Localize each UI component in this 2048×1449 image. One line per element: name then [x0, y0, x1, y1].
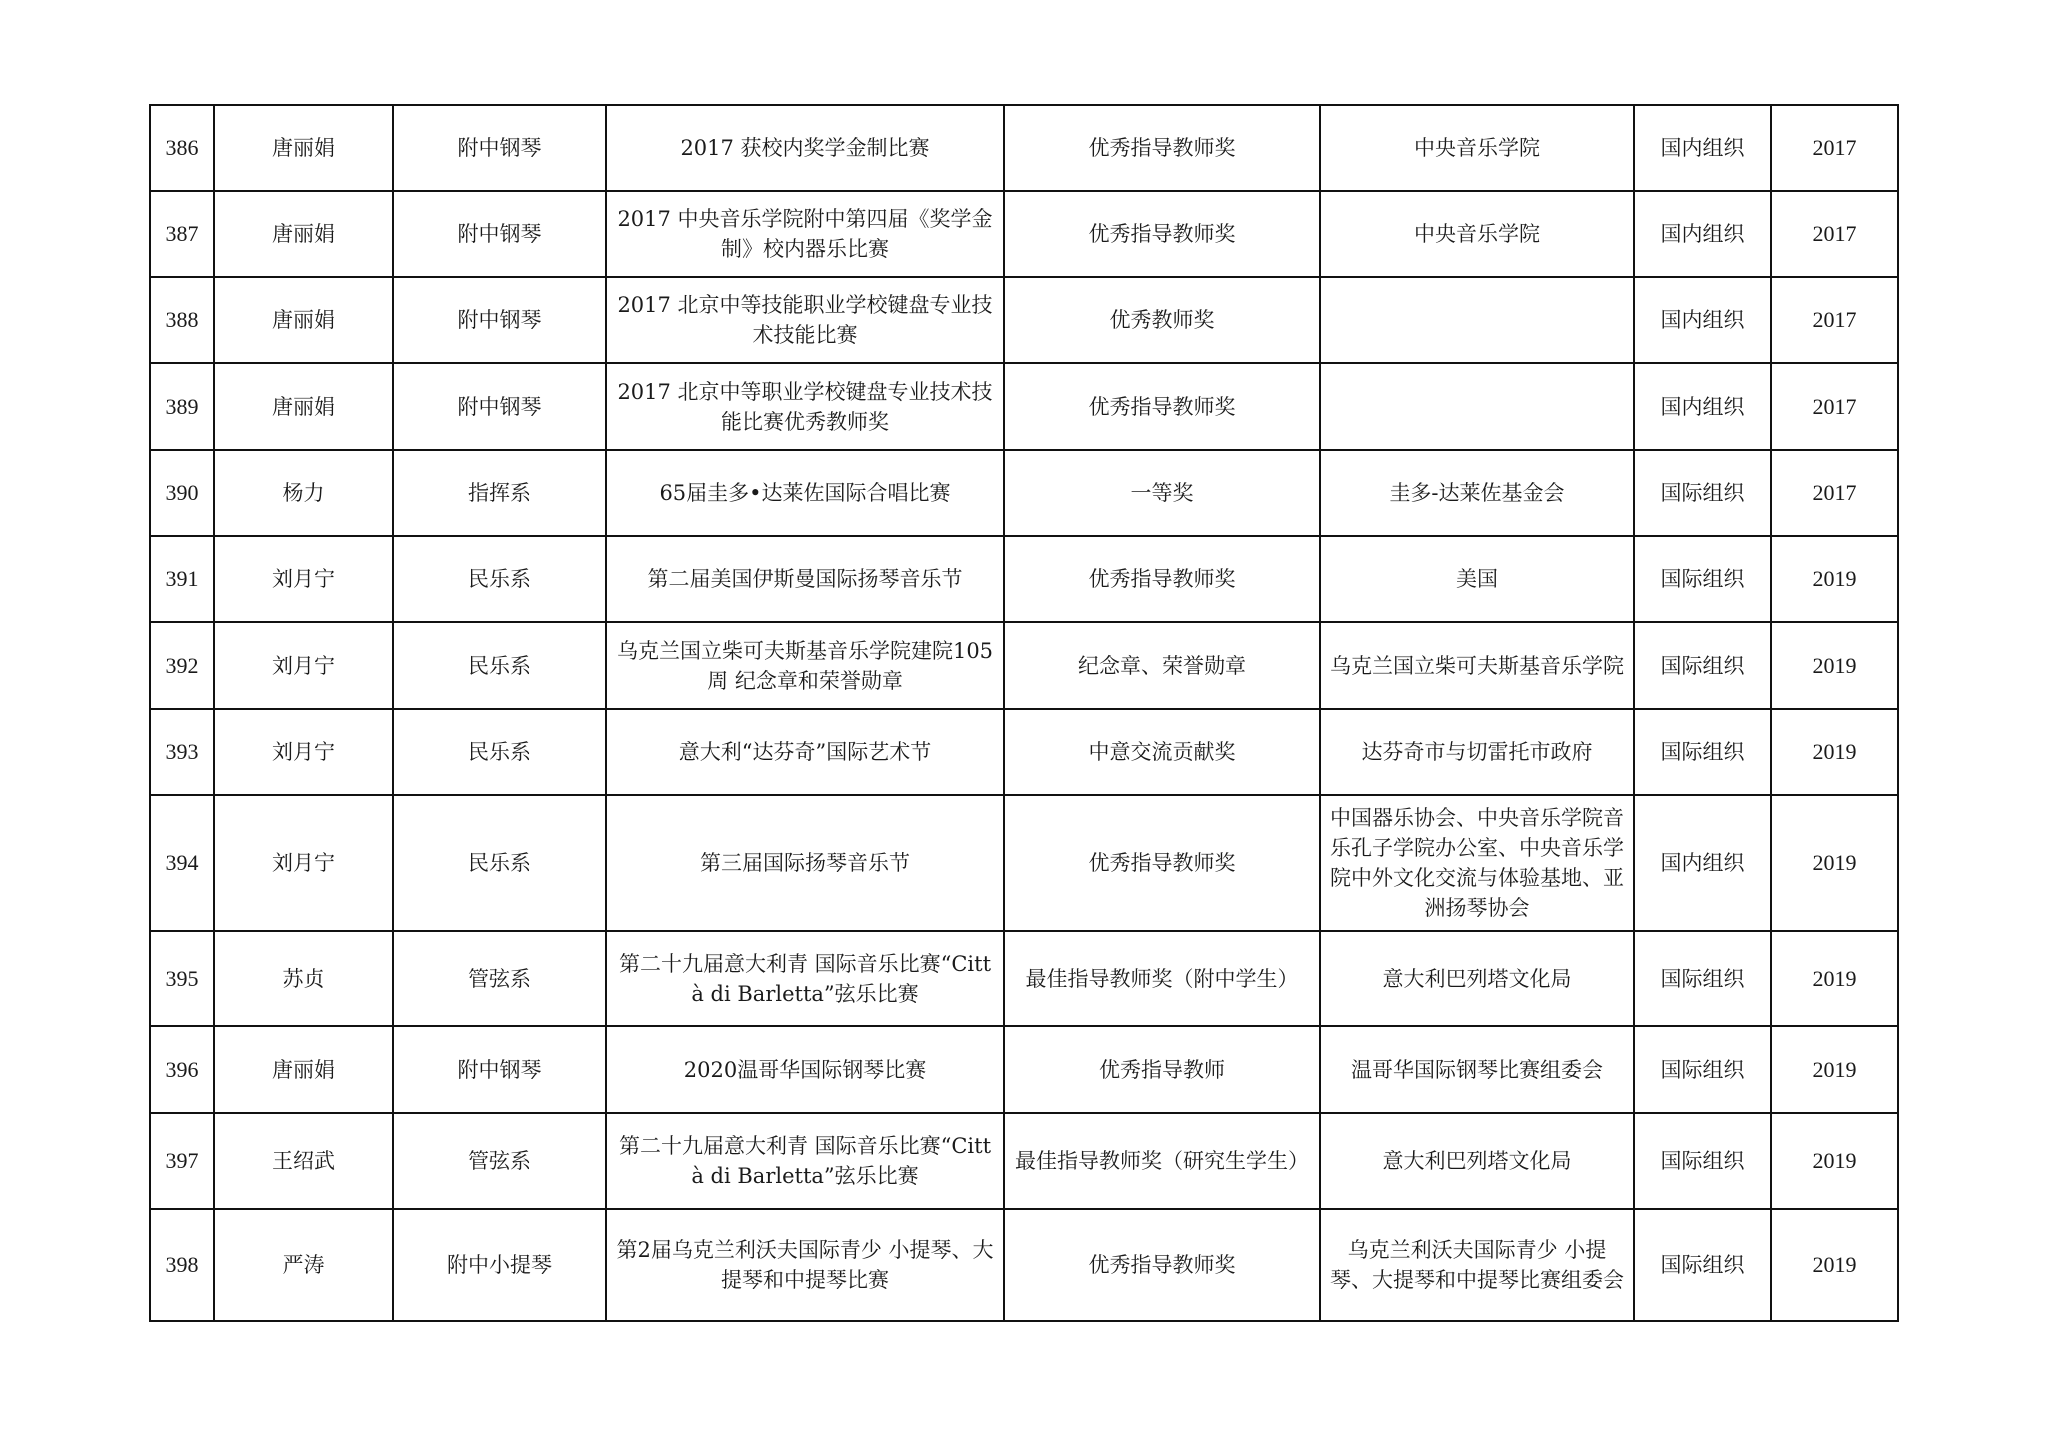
- table-row: 387唐丽娟附中钢琴2017 中央音乐学院附中第四届《奖学金制》校内器乐比赛优秀…: [150, 191, 1898, 277]
- award-name-cell: 优秀指导教师奖: [1004, 1209, 1320, 1321]
- awarding-organization-cell: 温哥华国际钢琴比赛组委会: [1320, 1026, 1634, 1113]
- awarding-organization-cell: 美国: [1320, 536, 1634, 622]
- table-row: 391刘月宁民乐系第二届美国伊斯曼国际扬琴音乐节优秀指导教师奖美国国际组织201…: [150, 536, 1898, 622]
- organization-type-cell: 国际组织: [1634, 1209, 1771, 1321]
- teacher-name-cell: 唐丽娟: [214, 105, 393, 191]
- awarding-organization-cell: 圭多-达莱佐基金会: [1320, 450, 1634, 536]
- row-number-cell: 387: [150, 191, 214, 277]
- table-row: 396唐丽娟附中钢琴2020温哥华国际钢琴比赛优秀指导教师温哥华国际钢琴比赛组委…: [150, 1026, 1898, 1113]
- event-name-cell: 第2届乌克兰利沃夫国际青少 小提琴、大提琴和中提琴比赛: [606, 1209, 1004, 1321]
- awarding-organization-cell: 中央音乐学院: [1320, 105, 1634, 191]
- year-cell: 2019: [1771, 536, 1898, 622]
- event-name-cell: 2017 获校内奖学金制比赛: [606, 105, 1004, 191]
- teacher-name-cell: 唐丽娟: [214, 191, 393, 277]
- year-cell: 2019: [1771, 709, 1898, 795]
- year-cell: 2019: [1771, 1026, 1898, 1113]
- department-cell: 民乐系: [393, 622, 606, 709]
- organization-type-cell: 国际组织: [1634, 450, 1771, 536]
- event-name-cell: 乌克兰国立柴可夫斯基音乐学院建院105周 纪念章和荣誉勋章: [606, 622, 1004, 709]
- awarding-organization-cell: [1320, 277, 1634, 363]
- department-cell: 指挥系: [393, 450, 606, 536]
- teacher-name-cell: 刘月宁: [214, 536, 393, 622]
- award-name-cell: 优秀指导教师奖: [1004, 191, 1320, 277]
- event-name-cell: 第二届美国伊斯曼国际扬琴音乐节: [606, 536, 1004, 622]
- award-name-cell: 最佳指导教师奖（附中学生）: [1004, 931, 1320, 1026]
- department-cell: 民乐系: [393, 709, 606, 795]
- event-name-cell: 2017 北京中等职业学校键盘专业技术技能比赛优秀教师奖: [606, 363, 1004, 450]
- award-name-cell: 优秀教师奖: [1004, 277, 1320, 363]
- awards-table: 386唐丽娟附中钢琴2017 获校内奖学金制比赛优秀指导教师奖中央音乐学院国内组…: [149, 104, 1899, 1322]
- year-cell: 2019: [1771, 1113, 1898, 1209]
- year-cell: 2017: [1771, 191, 1898, 277]
- awarding-organization-cell: 中国器乐协会、中央音乐学院音乐孔子学院办公室、中央音乐学院中外文化交流与体验基地…: [1320, 795, 1634, 931]
- award-name-cell: 优秀指导教师奖: [1004, 536, 1320, 622]
- row-number-cell: 396: [150, 1026, 214, 1113]
- awarding-organization-cell: 乌克兰国立柴可夫斯基音乐学院: [1320, 622, 1634, 709]
- organization-type-cell: 国内组织: [1634, 795, 1771, 931]
- event-name-cell: 2020温哥华国际钢琴比赛: [606, 1026, 1004, 1113]
- year-cell: 2019: [1771, 622, 1898, 709]
- event-name-cell: 65届圭多•达莱佐国际合唱比赛: [606, 450, 1004, 536]
- department-cell: 管弦系: [393, 1113, 606, 1209]
- award-name-cell: 最佳指导教师奖（研究生学生）: [1004, 1113, 1320, 1209]
- awarding-organization-cell: 达芬奇市与切雷托市政府: [1320, 709, 1634, 795]
- teacher-name-cell: 唐丽娟: [214, 277, 393, 363]
- organization-type-cell: 国际组织: [1634, 622, 1771, 709]
- table-row: 388唐丽娟附中钢琴2017 北京中等技能职业学校键盘专业技术技能比赛优秀教师奖…: [150, 277, 1898, 363]
- row-number-cell: 391: [150, 536, 214, 622]
- awarding-organization-cell: [1320, 363, 1634, 450]
- table-row: 389唐丽娟附中钢琴2017 北京中等职业学校键盘专业技术技能比赛优秀教师奖优秀…: [150, 363, 1898, 450]
- organization-type-cell: 国际组织: [1634, 536, 1771, 622]
- awarding-organization-cell: 中央音乐学院: [1320, 191, 1634, 277]
- year-cell: 2019: [1771, 1209, 1898, 1321]
- table-row: 394刘月宁民乐系第三届国际扬琴音乐节优秀指导教师奖中国器乐协会、中央音乐学院音…: [150, 795, 1898, 931]
- award-name-cell: 优秀指导教师奖: [1004, 363, 1320, 450]
- teacher-name-cell: 刘月宁: [214, 795, 393, 931]
- department-cell: 附中钢琴: [393, 363, 606, 450]
- department-cell: 民乐系: [393, 795, 606, 931]
- award-name-cell: 优秀指导教师: [1004, 1026, 1320, 1113]
- event-name-cell: 2017 中央音乐学院附中第四届《奖学金制》校内器乐比赛: [606, 191, 1004, 277]
- table-row: 397王绍武管弦系第二十九届意大利青 国际音乐比赛“Città di Barle…: [150, 1113, 1898, 1209]
- table-row: 398严涛附中小提琴第2届乌克兰利沃夫国际青少 小提琴、大提琴和中提琴比赛优秀指…: [150, 1209, 1898, 1321]
- teacher-name-cell: 唐丽娟: [214, 1026, 393, 1113]
- organization-type-cell: 国际组织: [1634, 1026, 1771, 1113]
- document-page: 386唐丽娟附中钢琴2017 获校内奖学金制比赛优秀指导教师奖中央音乐学院国内组…: [0, 0, 2048, 1449]
- year-cell: 2017: [1771, 105, 1898, 191]
- teacher-name-cell: 刘月宁: [214, 622, 393, 709]
- award-name-cell: 一等奖: [1004, 450, 1320, 536]
- department-cell: 管弦系: [393, 931, 606, 1026]
- event-name-cell: 第二十九届意大利青 国际音乐比赛“Città di Barletta”弦乐比赛: [606, 1113, 1004, 1209]
- table-row: 393刘月宁民乐系意大利“达芬奇”国际艺术节中意交流贡献奖达芬奇市与切雷托市政府…: [150, 709, 1898, 795]
- awarding-organization-cell: 意大利巴列塔文化局: [1320, 1113, 1634, 1209]
- table-row: 386唐丽娟附中钢琴2017 获校内奖学金制比赛优秀指导教师奖中央音乐学院国内组…: [150, 105, 1898, 191]
- row-number-cell: 397: [150, 1113, 214, 1209]
- organization-type-cell: 国内组织: [1634, 363, 1771, 450]
- award-name-cell: 优秀指导教师奖: [1004, 795, 1320, 931]
- year-cell: 2017: [1771, 363, 1898, 450]
- organization-type-cell: 国际组织: [1634, 1113, 1771, 1209]
- department-cell: 附中钢琴: [393, 191, 606, 277]
- event-name-cell: 2017 北京中等技能职业学校键盘专业技术技能比赛: [606, 277, 1004, 363]
- award-name-cell: 中意交流贡献奖: [1004, 709, 1320, 795]
- table-row: 390杨力指挥系65届圭多•达莱佐国际合唱比赛一等奖圭多-达莱佐基金会国际组织2…: [150, 450, 1898, 536]
- teacher-name-cell: 王绍武: [214, 1113, 393, 1209]
- organization-type-cell: 国内组织: [1634, 191, 1771, 277]
- row-number-cell: 392: [150, 622, 214, 709]
- award-name-cell: 优秀指导教师奖: [1004, 105, 1320, 191]
- department-cell: 附中小提琴: [393, 1209, 606, 1321]
- row-number-cell: 394: [150, 795, 214, 931]
- row-number-cell: 398: [150, 1209, 214, 1321]
- teacher-name-cell: 苏贞: [214, 931, 393, 1026]
- year-cell: 2019: [1771, 795, 1898, 931]
- year-cell: 2017: [1771, 277, 1898, 363]
- teacher-name-cell: 唐丽娟: [214, 363, 393, 450]
- teacher-name-cell: 杨力: [214, 450, 393, 536]
- department-cell: 附中钢琴: [393, 1026, 606, 1113]
- year-cell: 2017: [1771, 450, 1898, 536]
- row-number-cell: 389: [150, 363, 214, 450]
- table-row: 392刘月宁民乐系乌克兰国立柴可夫斯基音乐学院建院105周 纪念章和荣誉勋章纪念…: [150, 622, 1898, 709]
- department-cell: 民乐系: [393, 536, 606, 622]
- organization-type-cell: 国际组织: [1634, 709, 1771, 795]
- event-name-cell: 第三届国际扬琴音乐节: [606, 795, 1004, 931]
- teacher-name-cell: 严涛: [214, 1209, 393, 1321]
- organization-type-cell: 国际组织: [1634, 931, 1771, 1026]
- event-name-cell: 第二十九届意大利青 国际音乐比赛“Città di Barletta”弦乐比赛: [606, 931, 1004, 1026]
- teacher-name-cell: 刘月宁: [214, 709, 393, 795]
- department-cell: 附中钢琴: [393, 105, 606, 191]
- row-number-cell: 393: [150, 709, 214, 795]
- awarding-organization-cell: 意大利巴列塔文化局: [1320, 931, 1634, 1026]
- row-number-cell: 388: [150, 277, 214, 363]
- row-number-cell: 395: [150, 931, 214, 1026]
- organization-type-cell: 国内组织: [1634, 277, 1771, 363]
- row-number-cell: 386: [150, 105, 214, 191]
- table-row: 395苏贞管弦系第二十九届意大利青 国际音乐比赛“Città di Barlet…: [150, 931, 1898, 1026]
- organization-type-cell: 国内组织: [1634, 105, 1771, 191]
- year-cell: 2019: [1771, 931, 1898, 1026]
- event-name-cell: 意大利“达芬奇”国际艺术节: [606, 709, 1004, 795]
- award-name-cell: 纪念章、荣誉勋章: [1004, 622, 1320, 709]
- row-number-cell: 390: [150, 450, 214, 536]
- awarding-organization-cell: 乌克兰利沃夫国际青少 小提琴、大提琴和中提琴比赛组委会: [1320, 1209, 1634, 1321]
- department-cell: 附中钢琴: [393, 277, 606, 363]
